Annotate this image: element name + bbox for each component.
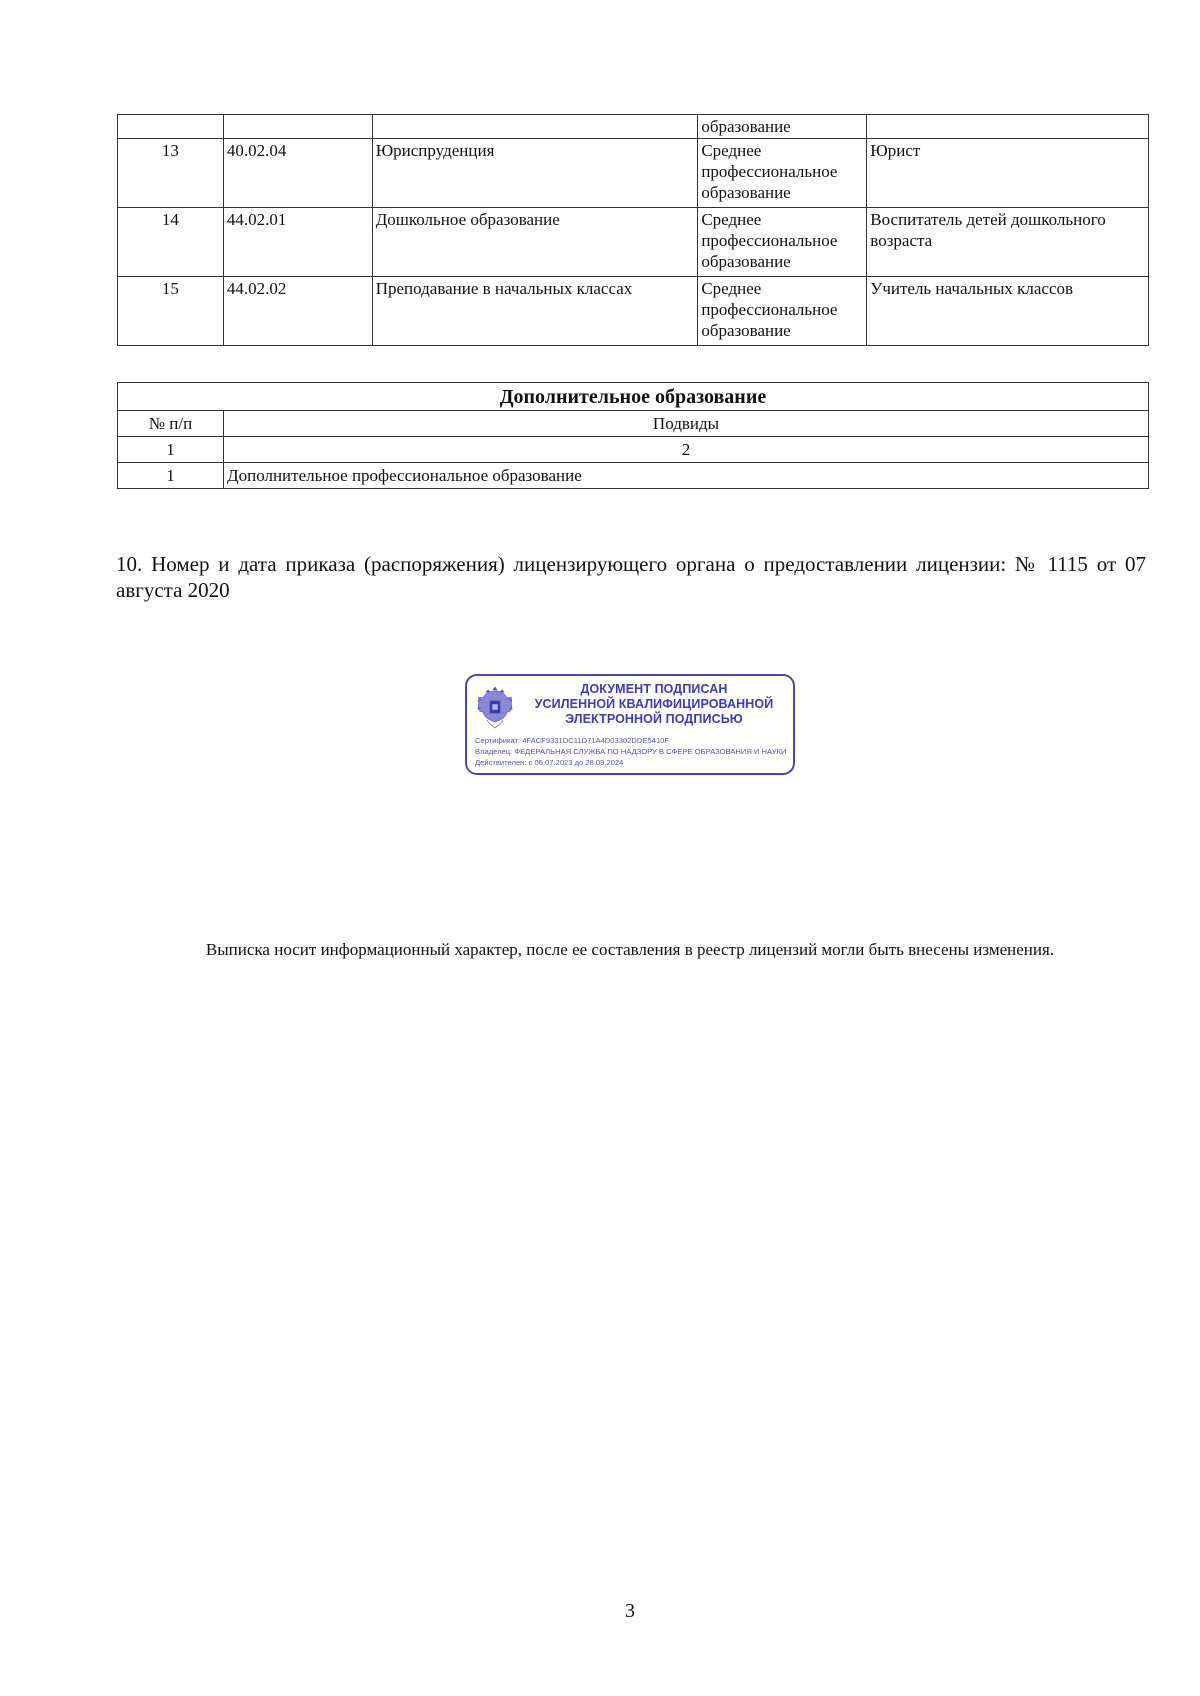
page-number: 3 (0, 1600, 1200, 1623)
header-num: № п/п (118, 411, 224, 437)
table-header-row: № п/п Подвиды (118, 411, 1149, 437)
table-title: Дополнительное образование (118, 383, 1149, 411)
license-order-paragraph: 10. Номер и дата приказа (распоряжения) … (116, 551, 1146, 603)
cell-code: 44.02.02 (223, 277, 372, 346)
cell-level: Среднее профессиональное образование (698, 208, 867, 277)
cell-subtype: Дополнительное профессиональное образова… (224, 463, 1149, 489)
stamp-owner: Владелец: ФЕДЕРАЛЬНАЯ СЛУЖБА ПО НАДЗОРУ … (475, 746, 786, 757)
stamp-details: Сертификат: 4FACF9331DC11D71A4D03302DDE5… (475, 735, 786, 768)
cell-num (118, 115, 224, 139)
cell-name: Дошкольное образование (372, 208, 698, 277)
cell-num: 15 (118, 277, 224, 346)
cell-code (223, 115, 372, 139)
stamp-certificate: Сертификат: 4FACF9331DC11D71A4D03302DDE5… (475, 735, 786, 746)
cell-code: 40.02.04 (223, 139, 372, 208)
table-title-row: Дополнительное образование (118, 383, 1149, 411)
programs-table: образование 13 40.02.04 Юриспруденция Ср… (117, 114, 1149, 346)
coat-of-arms-icon (475, 684, 515, 730)
index-2: 2 (224, 437, 1149, 463)
cell-num: 1 (118, 463, 224, 489)
table-index-row: 1 2 (118, 437, 1149, 463)
cell-qualification: Воспитатель детей дошкольного возраста (867, 208, 1149, 277)
stamp-heading: ДОКУМЕНТ ПОДПИСАН УСИЛЕННОЙ КВАЛИФИЦИРОВ… (519, 682, 789, 727)
cell-num: 13 (118, 139, 224, 208)
cell-qualification (867, 115, 1149, 139)
table-row: 1 Дополнительное профессиональное образо… (118, 463, 1149, 489)
cell-name: Преподавание в начальных классах (372, 277, 698, 346)
table-row: 14 44.02.01 Дошкольное образование Средн… (118, 208, 1149, 277)
cell-level: Среднее профессиональное образование (698, 139, 867, 208)
cell-name (372, 115, 698, 139)
table-row: 13 40.02.04 Юриспруденция Среднее профес… (118, 139, 1149, 208)
signature-stamp: ДОКУМЕНТ ПОДПИСАН УСИЛЕННОЙ КВАЛИФИЦИРОВ… (465, 674, 795, 775)
header-subtypes: Подвиды (224, 411, 1149, 437)
table-row: 15 44.02.02 Преподавание в начальных кла… (118, 277, 1149, 346)
additional-education-table: Дополнительное образование № п/п Подвиды… (117, 382, 1149, 489)
cell-level: Среднее профессиональное образование (698, 277, 867, 346)
cell-qualification: Учитель начальных классов (867, 277, 1149, 346)
stamp-validity: Действителен: с 06.07.2023 до 28.09.2024 (475, 757, 786, 768)
cell-num: 14 (118, 208, 224, 277)
cell-level: образование (698, 115, 867, 139)
index-1: 1 (118, 437, 224, 463)
cell-name: Юриспруденция (372, 139, 698, 208)
cell-qualification: Юрист (867, 139, 1149, 208)
footer-note: Выписка носит информационный характер, п… (0, 940, 1200, 960)
cell-code: 44.02.01 (223, 208, 372, 277)
table-row: образование (118, 115, 1149, 139)
